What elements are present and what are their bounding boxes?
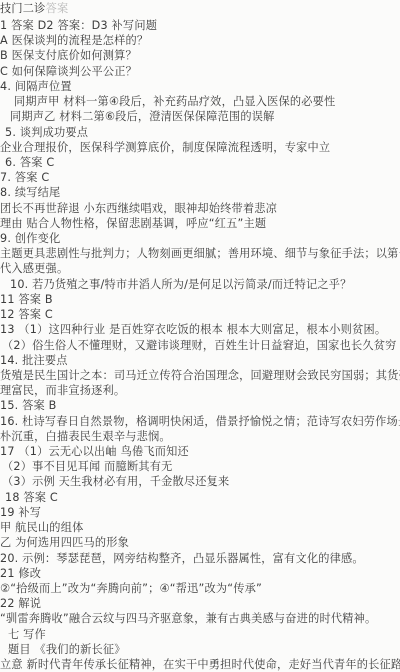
answer-line: 同期声乙 材料二第⑥段后，澄清医保保障范围的误解	[10, 110, 275, 124]
answer-line: 21 修改	[0, 567, 41, 581]
answer-line: ②“拾级而上”改为“奔腾向前”；④“帮迅”改为“传承”	[0, 582, 262, 596]
answer-line: 22 解说	[0, 597, 41, 611]
answer-line: 团长不再世辞退 小东西继续唱戏，眼神却始终带着悲凉	[0, 202, 277, 216]
answer-line: 7. 答案 C	[0, 171, 49, 185]
answer-line: “驯雷奔腾收”融合云纹与四马齐驱意象，兼有古典美感与奋进的时代精神。	[0, 612, 376, 626]
answer-line: 9. 创作变化	[0, 232, 60, 246]
answer-line: 乙 为何选用四匹马的形象	[0, 536, 129, 550]
answer-line: 20. 示例：琴瑟琵琶，网旁结构整齐，凸显乐器属性，富有文化的律感。	[0, 552, 364, 566]
answer-line: 甲 航民山的组体	[0, 521, 83, 535]
answer-line: C 如何保障谈判公平公正？	[0, 65, 137, 79]
answer-line: 8. 续写结尾	[0, 186, 60, 200]
answer-line: A 医保谈判的流程是怎样的？	[0, 34, 148, 48]
answer-line: B 医保支付底价如何测算？	[0, 49, 137, 63]
answer-line: 理富民，而非宣扬逐利。	[0, 384, 125, 398]
answer-line: 理由 贴合人物性格，保留悲剧基调，呼应“红五”主题	[0, 217, 266, 231]
answer-line: 19 补写	[0, 506, 41, 520]
answer-line: 题目 《我们的新长征》	[8, 643, 126, 657]
answer-line: 立意 新时代青年传承长征精神，在实干中勇担时代使命，走好当代青年的长征路。	[0, 658, 400, 672]
answer-line: 16. 杜诗写春日自然景物，格调明快闲适，借景抒愉悦之情；范诗写农妇劳作场景，风…	[0, 415, 400, 429]
answer-line: 15. 答案 B	[0, 399, 57, 413]
answer-line: 17 （1）云无心以出岫 鸟倦飞而知还	[0, 445, 189, 459]
answer-line: 14. 批注要点	[0, 354, 68, 368]
answer-line: （3）示例 天生我材必有用，千金散尽还复来	[2, 475, 229, 489]
answer-line: 12 答案 C	[0, 308, 53, 322]
answer-line: 七 写作	[8, 628, 46, 642]
answer-line: 1 答案 D2 答案：D3 补写问题	[0, 19, 157, 33]
answer-line: 朴沉重，白描表民生艰辛与悲悯。	[0, 430, 171, 444]
answer-line: 11 答案 B	[0, 293, 53, 307]
answer-line: 5. 谈判成功要点	[5, 126, 88, 140]
answer-line: 货殖是民生国计之本：司马迁立传符合治国理念，回避理财会致民穷国弱；其货殖观重在合	[0, 369, 400, 383]
answer-line: 企业合理报价，医保科学测算底价，制度保障流程透明，专家中立	[0, 141, 330, 155]
answer-line: 18 答案 C	[5, 491, 58, 505]
document-title: 技门二诊答案	[0, 2, 68, 16]
answer-line: 6. 答案 C	[5, 156, 54, 170]
title-text: 技门二诊	[0, 2, 46, 15]
scanned-answer-key-page: 技门二诊答案 1 答案 D2 答案：D3 补写问题A 医保谈判的流程是怎样的？B…	[0, 0, 400, 672]
answer-line: 主题更具悲剧性与批判力；人物刻画更细腻；善用环境、细节与象征手法；以第一人称叙事	[0, 247, 400, 261]
answer-line: 13 （1）这四种行业 是百姓穿衣吃饭的根本 根本大则富足，根本小则贫困。	[0, 323, 386, 337]
answer-line: （2）事不目见耳闻 而臆断其有无	[2, 460, 173, 474]
answer-line: 10. 若乃货殖之事/特市井滔人所为/是何足以污简录/而迁特记之乎？	[10, 278, 352, 292]
answer-line: （2）俗生俗人不懂理财，又避讳谈理财，百姓生计日益窘迫，国家也长久贫穷	[2, 339, 397, 353]
title-faint-text: 答案	[46, 2, 69, 15]
answer-line: 4. 间隔声位置	[0, 80, 72, 94]
answer-line: 代入感更强。	[0, 262, 68, 276]
answer-line: 同期声甲 材料一第④段后，补充药品疗效，凸显入医保的必要性	[14, 95, 335, 109]
